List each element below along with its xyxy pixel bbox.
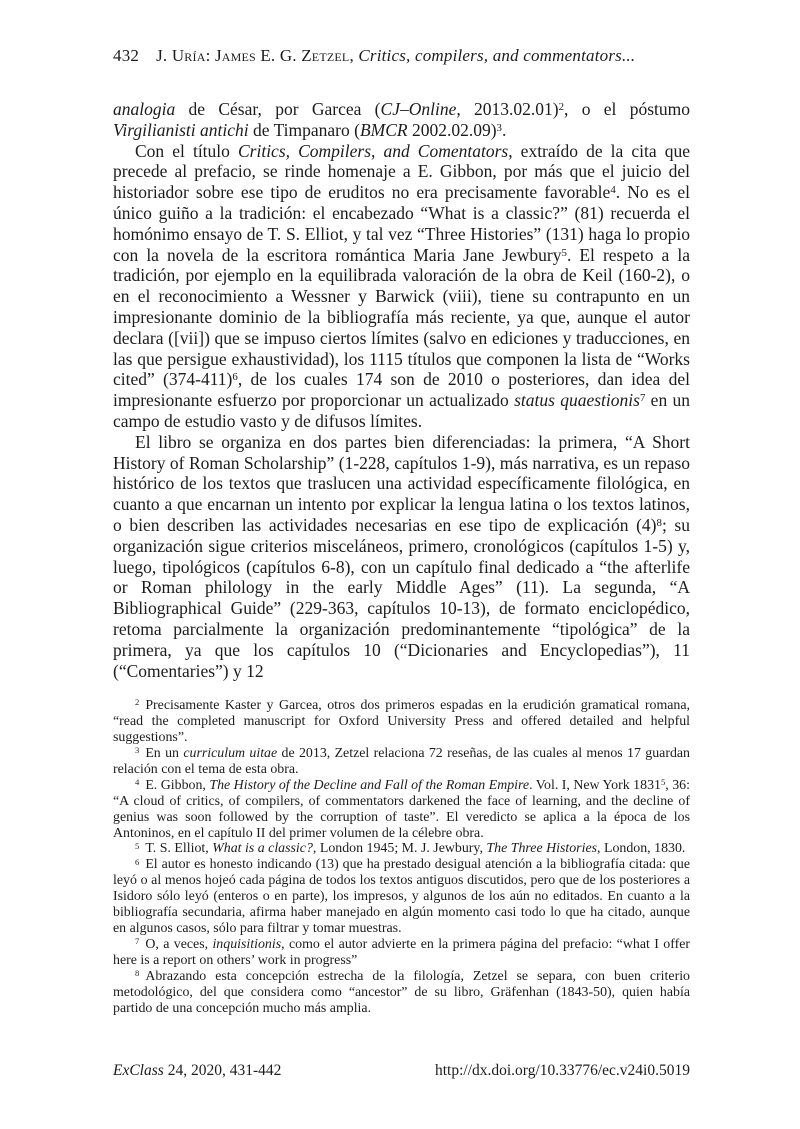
document-page: 432J. Uría: James E. G. Zetzel, Critics,… bbox=[0, 0, 800, 1129]
text-segment: . Vol. I, New York 1831 bbox=[529, 778, 661, 793]
footnote: 3En un curriculum uitae de 2013, Zetzel … bbox=[113, 746, 690, 778]
body-paragraph: Con el título Critics, Compilers, and Co… bbox=[113, 141, 690, 432]
text-segment: Precisamente Kaster y Garcea, otros dos … bbox=[113, 698, 690, 745]
footnote: 6El autor es honesto indicando (13) que … bbox=[113, 857, 690, 937]
text-segment: T. S. Elliot, bbox=[145, 841, 212, 856]
footnote-reference: 4 bbox=[610, 184, 615, 196]
text-segment: ; su organización sigue criterios miscel… bbox=[113, 515, 690, 681]
text-segment: , 2013.02.01) bbox=[456, 99, 558, 119]
footnote-reference: 8 bbox=[135, 968, 139, 978]
text-segment: ExClass bbox=[113, 1062, 164, 1079]
text-segment: de César, por Garcea ( bbox=[175, 99, 380, 119]
text-segment: . El respeto a la tradición, por ejemplo… bbox=[113, 245, 690, 390]
running-head-title: Critics, compilers, and commentators... bbox=[358, 46, 635, 65]
body-paragraph: analogia de César, por Garcea (CJ–Online… bbox=[113, 99, 690, 141]
text-segment: 24, 2020, 431-442 bbox=[164, 1062, 282, 1079]
text-segment: The Three Histories bbox=[486, 841, 597, 856]
footnote-reference: 3 bbox=[135, 745, 139, 755]
footnote: 2Precisamente Kaster y Garcea, otros dos… bbox=[113, 698, 690, 746]
text-segment: 2002.02.09) bbox=[408, 120, 497, 140]
text-segment: curriculum uitae bbox=[183, 746, 277, 761]
footnote-reference: 6 bbox=[135, 857, 139, 867]
body-paragraph: El libro se organiza en dos partes bien … bbox=[113, 432, 690, 682]
text-segment: El libro se organiza en dos partes bien … bbox=[113, 432, 690, 535]
text-segment: BMCR bbox=[360, 120, 408, 140]
footnote: 7O, a veces, inquisitionis, como el auto… bbox=[113, 937, 690, 969]
footnote-reference: 3 bbox=[497, 122, 502, 134]
text-segment: Critics, Compilers, and Comentators bbox=[238, 141, 508, 161]
footnote: 4E. Gibbon, The History of the Decline a… bbox=[113, 778, 690, 842]
footnote-reference: 5 bbox=[562, 247, 567, 259]
footnote-reference: 6 bbox=[232, 371, 237, 383]
footnote-reference: 4 bbox=[135, 777, 139, 787]
text-segment: , London, 1830. bbox=[597, 841, 685, 856]
text-segment: En un bbox=[145, 746, 183, 761]
text-segment: inquisitionis bbox=[212, 937, 281, 952]
footnote-reference: 5 bbox=[661, 777, 665, 787]
footnote-reference: 7 bbox=[135, 936, 139, 946]
text-segment: status quaestionis bbox=[514, 390, 640, 410]
footnote-reference: 8 bbox=[657, 517, 662, 529]
text-segment: CJ–Online bbox=[381, 99, 457, 119]
text-segment: El autor es honesto indicando (13) que h… bbox=[113, 857, 690, 936]
page-footer: ExClass 24, 2020, 431-442 http://dx.doi.… bbox=[113, 1062, 690, 1080]
text-segment: de Timpanaro ( bbox=[249, 120, 360, 140]
doi-text: http://dx.doi.org/10.33776/ec.v24i0.5019 bbox=[435, 1062, 690, 1080]
body-text: analogia de César, por Garcea (CJ–Online… bbox=[113, 99, 690, 681]
text-segment: , o el póstumo bbox=[564, 99, 690, 119]
text-segment: E. Gibbon, bbox=[145, 778, 209, 793]
text-segment: The History of the Decline and Fall of t… bbox=[209, 778, 529, 793]
text-segment: analogia bbox=[113, 99, 175, 119]
text-segment: Virgilianisti antichi bbox=[113, 120, 249, 140]
footnote: 8Abrazando esta concepción estrecha de l… bbox=[113, 969, 690, 1017]
text-segment: . bbox=[502, 120, 506, 140]
footnotes: 2Precisamente Kaster y Garcea, otros dos… bbox=[113, 698, 690, 1016]
page-number: 432 bbox=[113, 46, 139, 66]
text-segment: , London 1945; M. J. Jewbury, bbox=[313, 841, 487, 856]
footnote-reference: 7 bbox=[640, 392, 645, 404]
text-segment: What is a classic? bbox=[212, 841, 313, 856]
text-segment: Con el título bbox=[135, 141, 238, 161]
text-segment: Abrazando esta concepción estrecha de la… bbox=[113, 969, 690, 1016]
running-header: 432J. Uría: James E. G. Zetzel, Critics,… bbox=[113, 46, 690, 66]
text-segment: O, a veces, bbox=[145, 937, 212, 952]
footnote-reference: 2 bbox=[135, 697, 139, 707]
footnote-reference: 2 bbox=[559, 101, 564, 113]
journal-citation: ExClass 24, 2020, 431-442 bbox=[113, 1062, 281, 1080]
footnote: 5T. S. Elliot, What is a classic?, Londo… bbox=[113, 841, 690, 857]
footnote-reference: 5 bbox=[135, 841, 139, 851]
running-head-author: J. Uría: James E. G. Zetzel, bbox=[156, 46, 354, 65]
